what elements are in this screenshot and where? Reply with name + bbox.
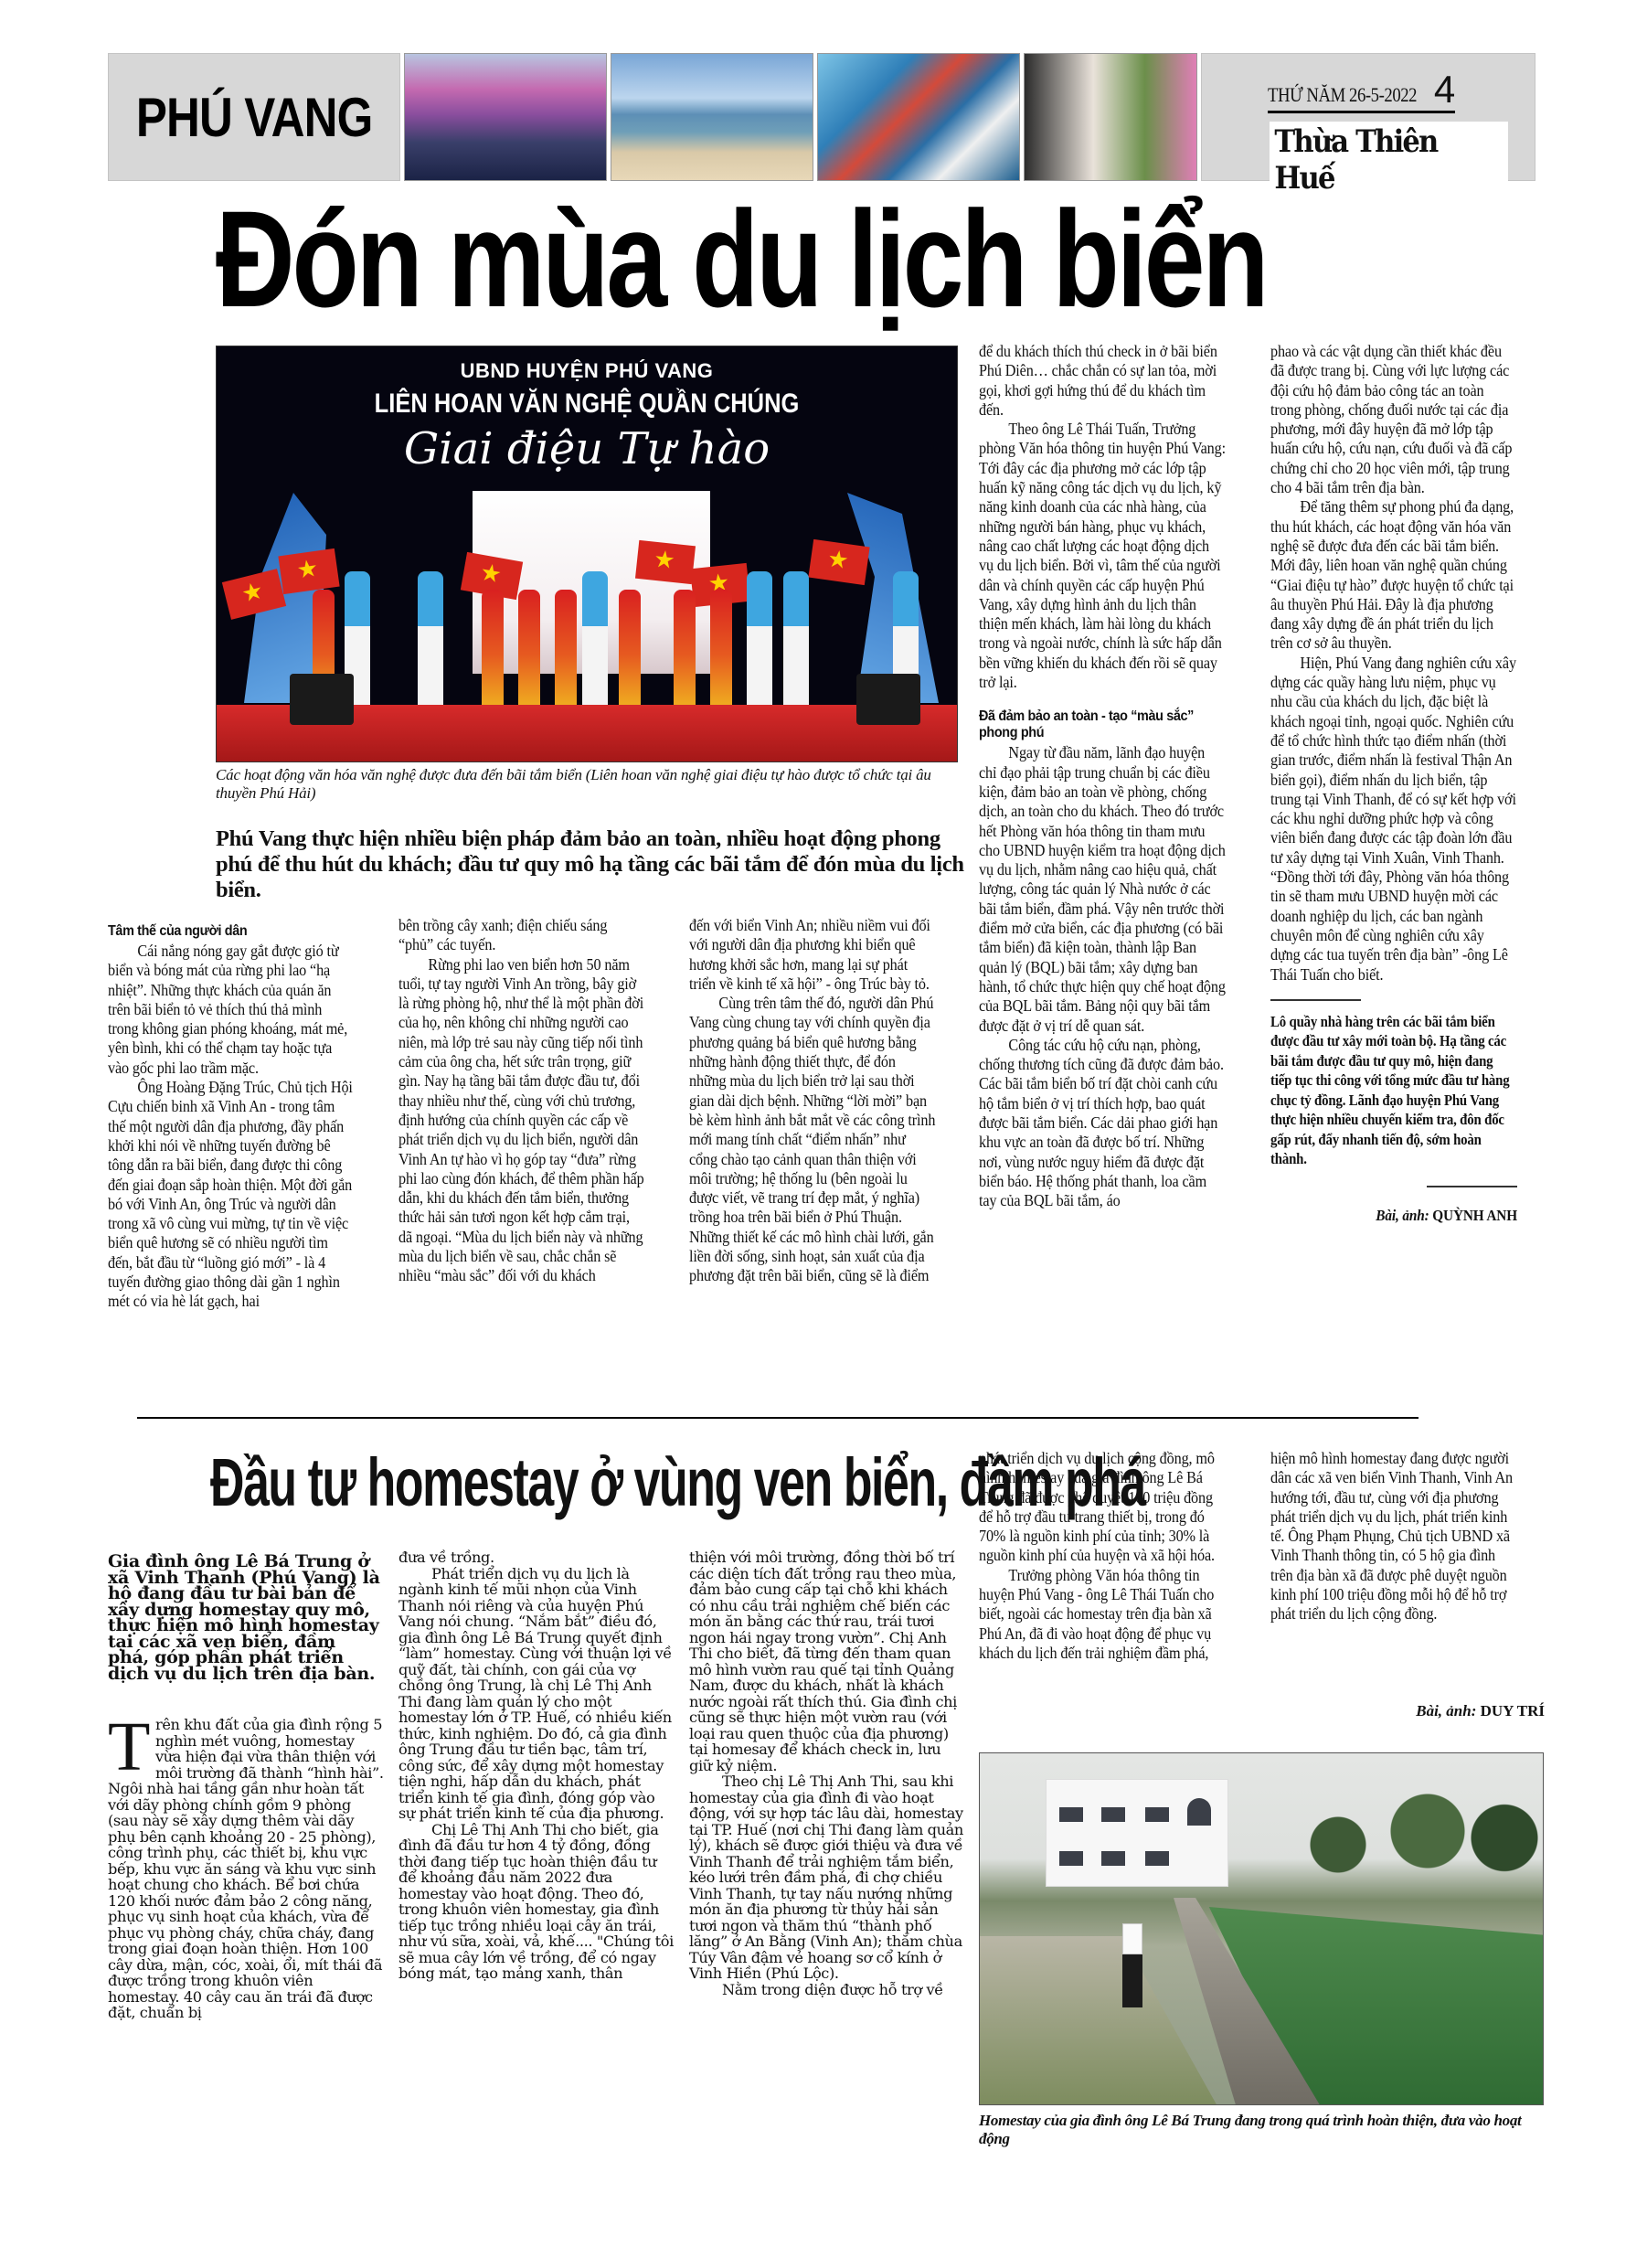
article1-photo-caption: Các hoạt động văn hóa văn nghệ được đưa … bbox=[216, 766, 965, 803]
date-line: THỨ NĂM 26-5-2022 4 bbox=[1268, 72, 1455, 113]
stage-banner: UBND HUYỆN PHÚ VANG LIÊN HOAN VĂN NGHỆ Q… bbox=[217, 359, 957, 474]
beach-swimmers-photo bbox=[611, 53, 813, 181]
article2-column-4: phát triển dịch vụ du lịch cộng đồng, mô… bbox=[979, 1449, 1226, 1663]
article2-photo-caption: Homestay của gia đình ông Lê Bá Trung đa… bbox=[979, 2112, 1546, 2148]
article2-homestay-photo bbox=[979, 1752, 1544, 2105]
article2-byline: Bài, ảnh: DUY TRÍ bbox=[1270, 1702, 1545, 1720]
byline-label: Bài, ảnh: bbox=[1376, 1207, 1429, 1224]
byline-author: QUỲNH ANH bbox=[1432, 1207, 1517, 1224]
paragraph: phát triển dịch vụ du lịch cộng đồng, mô… bbox=[979, 1449, 1226, 1566]
dancer bbox=[619, 590, 641, 708]
paragraph: Phát triển dịch vụ du lịch là ngành kinh… bbox=[398, 1566, 675, 1822]
banner-line-1: UBND HUYỆN PHÚ VANG bbox=[217, 359, 957, 383]
lotus-craftsman-photo bbox=[1024, 53, 1197, 181]
byline-author: DUY TRÍ bbox=[1481, 1702, 1545, 1720]
paragraph: đến với biển Vinh An; nhiều niềm vui đối… bbox=[689, 916, 936, 994]
date-box: THỨ NĂM 26-5-2022 4 Thừa Thiên Huế bbox=[1201, 53, 1535, 181]
performer bbox=[418, 571, 443, 708]
newspaper-name: Thừa Thiên Huế bbox=[1270, 122, 1508, 198]
article1-headline: Đón mùa du lịch biển bbox=[216, 190, 1291, 327]
speaker-icon bbox=[856, 674, 920, 725]
flag-icon bbox=[635, 540, 696, 584]
article1-byline: Bài, ảnh: QUỲNH ANH bbox=[1270, 1206, 1517, 1225]
paragraph: Ngay từ đầu năm, lãnh đạo huyện chỉ đạo … bbox=[979, 743, 1226, 1035]
article1-subhead-2: Đã đảm bảo an toàn - tạo “màu sắc” phong… bbox=[979, 708, 1226, 741]
paragraph: Cái nắng nóng gay gắt được gió từ biển v… bbox=[108, 942, 355, 1078]
article1-column-3: đến với biển Vinh An; nhiều niềm vui đối… bbox=[689, 916, 936, 1286]
standing-man bbox=[1122, 1923, 1142, 2007]
paragraph: Ông Hoàng Đặng Trúc, Chủ tịch Hội Cựu ch… bbox=[108, 1078, 355, 1312]
article2-column-5: hiện mô hình homestay đang được người dâ… bbox=[1270, 1449, 1517, 1624]
article1-stage-photo: UBND HUYỆN PHÚ VANG LIÊN HOAN VĂN NGHỆ Q… bbox=[216, 346, 958, 762]
section-label-box: PHÚ VANG bbox=[108, 53, 400, 181]
banner-line-2: LIÊN HOAN VĂN NGHỆ QUẦN CHÚNG bbox=[272, 389, 902, 420]
paragraph: Cùng trên tâm thế đó, người dân Phú Vang… bbox=[689, 994, 936, 1285]
article1-lead: Phú Vang thực hiện nhiều biện pháp đảm b… bbox=[216, 826, 965, 903]
banner-line-3: Giai điệu Tự hào bbox=[217, 423, 957, 474]
article1-subhead-1: Tâm thế của người dân bbox=[108, 923, 355, 940]
paragraph: Theo ông Lê Thái Tuấn, Trưởng phòng Văn … bbox=[979, 420, 1226, 692]
article2-column-1: Trên khu đất của gia đình rộng 5 nghìn m… bbox=[108, 1717, 384, 2021]
article1-column-1: Tâm thế của người dân Cái nắng nóng gay … bbox=[108, 923, 355, 1312]
article1-highlight-box: Lô quầy nhà hàng trên các bãi tắm biển đ… bbox=[1270, 1012, 1517, 1169]
drop-cap: T bbox=[108, 1720, 150, 1773]
article2-column-3: thiện với môi trường, đồng thời bố trí c… bbox=[689, 1549, 965, 1997]
issue-date: THỨ NĂM 26-5-2022 bbox=[1268, 83, 1417, 107]
byline-label: Bài, ảnh: bbox=[1416, 1702, 1476, 1720]
paragraph: đưa về trồng. bbox=[398, 1549, 675, 1566]
paragraph: để du khách thích thú check in ở bãi biể… bbox=[979, 342, 1226, 420]
dancer bbox=[710, 590, 732, 708]
performer bbox=[747, 571, 772, 708]
masthead: PHÚ VANG THỨ NĂM 26-5-2022 4 Thừa Thiên … bbox=[108, 53, 1535, 181]
speaker-icon bbox=[290, 674, 354, 725]
article1-column-2: bên trồng cây xanh; điện chiếu sáng “phủ… bbox=[398, 916, 645, 1286]
paragraph: bên trồng cây xanh; điện chiếu sáng “phủ… bbox=[398, 916, 645, 955]
paragraph: hiện mô hình homestay đang được người dâ… bbox=[1270, 1449, 1517, 1624]
flag-icon bbox=[278, 548, 339, 594]
article2-column-2: đưa về trồng. Phát triển dịch vụ du lịch… bbox=[398, 1549, 675, 1982]
dancer bbox=[482, 590, 504, 708]
paragraph: Công tác cứu hộ cứu nạn, phòng, chống th… bbox=[979, 1036, 1226, 1211]
performer bbox=[582, 571, 608, 708]
paragraph: Trên khu đất của gia đình rộng 5 nghìn m… bbox=[108, 1717, 384, 2021]
article2-lead: Gia đình ông Lê Bá Trung ở xã Vinh Thanh… bbox=[108, 1554, 382, 1682]
divider bbox=[1270, 999, 1361, 1001]
homestay-building bbox=[1046, 1779, 1228, 1887]
article-separator bbox=[137, 1417, 1419, 1419]
ground bbox=[980, 1936, 1217, 2105]
fishing-boat-photo bbox=[817, 53, 1020, 181]
paragraph: Trưởng phòng Văn hóa thông tin huyện Phú… bbox=[979, 1566, 1226, 1663]
article1-column-5: phao và các vật dụng cần thiết khác đều … bbox=[1270, 342, 1517, 1225]
paragraph: thiện với môi trường, đồng thời bố trí c… bbox=[689, 1549, 965, 1773]
article1-column-4: để du khách thích thú check in ở bãi biể… bbox=[979, 342, 1226, 1210]
flag-icon bbox=[808, 539, 869, 585]
trees bbox=[1287, 1762, 1543, 1900]
performer bbox=[783, 571, 809, 708]
paragraph: Theo chị Lê Thị Anh Thi, sau khi homesta… bbox=[689, 1773, 965, 1982]
dancer bbox=[555, 590, 577, 708]
paragraph: phao và các vật dụng cần thiết khác đều … bbox=[1270, 342, 1517, 497]
paragraph: Nằm trong diện được hỗ trợ về bbox=[689, 1982, 965, 1998]
paragraph: Để tăng thêm sự phong phú đa dạng, thu h… bbox=[1270, 497, 1517, 653]
dancer bbox=[674, 590, 696, 708]
dancer bbox=[518, 590, 540, 708]
section-name: PHÚ VANG bbox=[136, 86, 373, 149]
paragraph: Rừng phi lao ven biển hơn 50 năm tuổi, t… bbox=[398, 955, 645, 1286]
paragraph: Hiện, Phú Vang đang nghiên cứu xây dựng … bbox=[1270, 654, 1517, 985]
paragraph: Chị Lê Thị Anh Thi cho biết, gia đình đã… bbox=[398, 1822, 675, 1982]
festival-crowd-photo bbox=[404, 53, 607, 181]
page-number: 4 bbox=[1434, 72, 1455, 107]
divider bbox=[1427, 1186, 1517, 1187]
